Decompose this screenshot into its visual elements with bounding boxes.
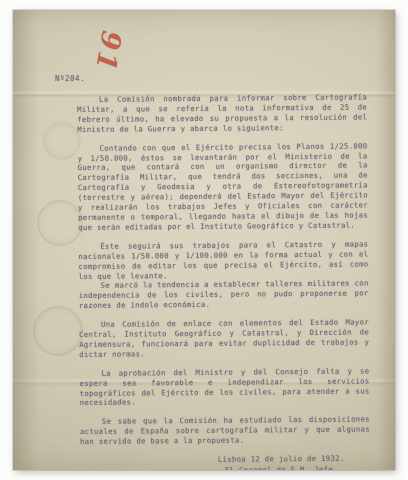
closing-block: Lisboa 12 de julio de 1932. El Coronel d… (198, 454, 364, 470)
place-date-line: Lisboa 12 de julio de 1932. (198, 454, 364, 465)
paragraph-talleres: Se marcó la tendencia a establecer talle… (79, 279, 369, 311)
paragraph-catastro: Éste seguirá sus trabajos para el Catast… (78, 239, 368, 281)
paragraph-disposiciones: Se sabe que la Comisión ha estudiado las… (80, 415, 370, 447)
scanned-document-page: 91 Nº204. La Comisión nombrada para info… (0, 0, 408, 480)
paper-edge-shadow-right (377, 10, 395, 470)
paragraph-aprobacion: La aprobación del Ministro y del Consejo… (79, 366, 369, 408)
paper-edge-shadow-left (13, 10, 39, 470)
signature-line: El Coronel de E.M. Jefe. (198, 465, 364, 470)
paper-sheet: 91 Nº204. La Comisión nombrada para info… (13, 10, 395, 470)
paragraph-plans: Contando con que el Ejército precisa los… (77, 141, 368, 233)
handwritten-archive-number: 91 (89, 28, 127, 74)
reference-number: Nº204. (55, 74, 85, 83)
paragraph-comision-enlace: Una Comisión de enlace con elementos del… (79, 318, 369, 360)
embossed-stamp (33, 306, 83, 356)
embossed-stamp (37, 200, 83, 246)
paragraph-intro: La Comisión nombrada para informar sobre… (77, 92, 367, 134)
letter-body: La Comisión nombrada para informar sobre… (77, 92, 370, 470)
embossed-stamp (43, 122, 81, 160)
